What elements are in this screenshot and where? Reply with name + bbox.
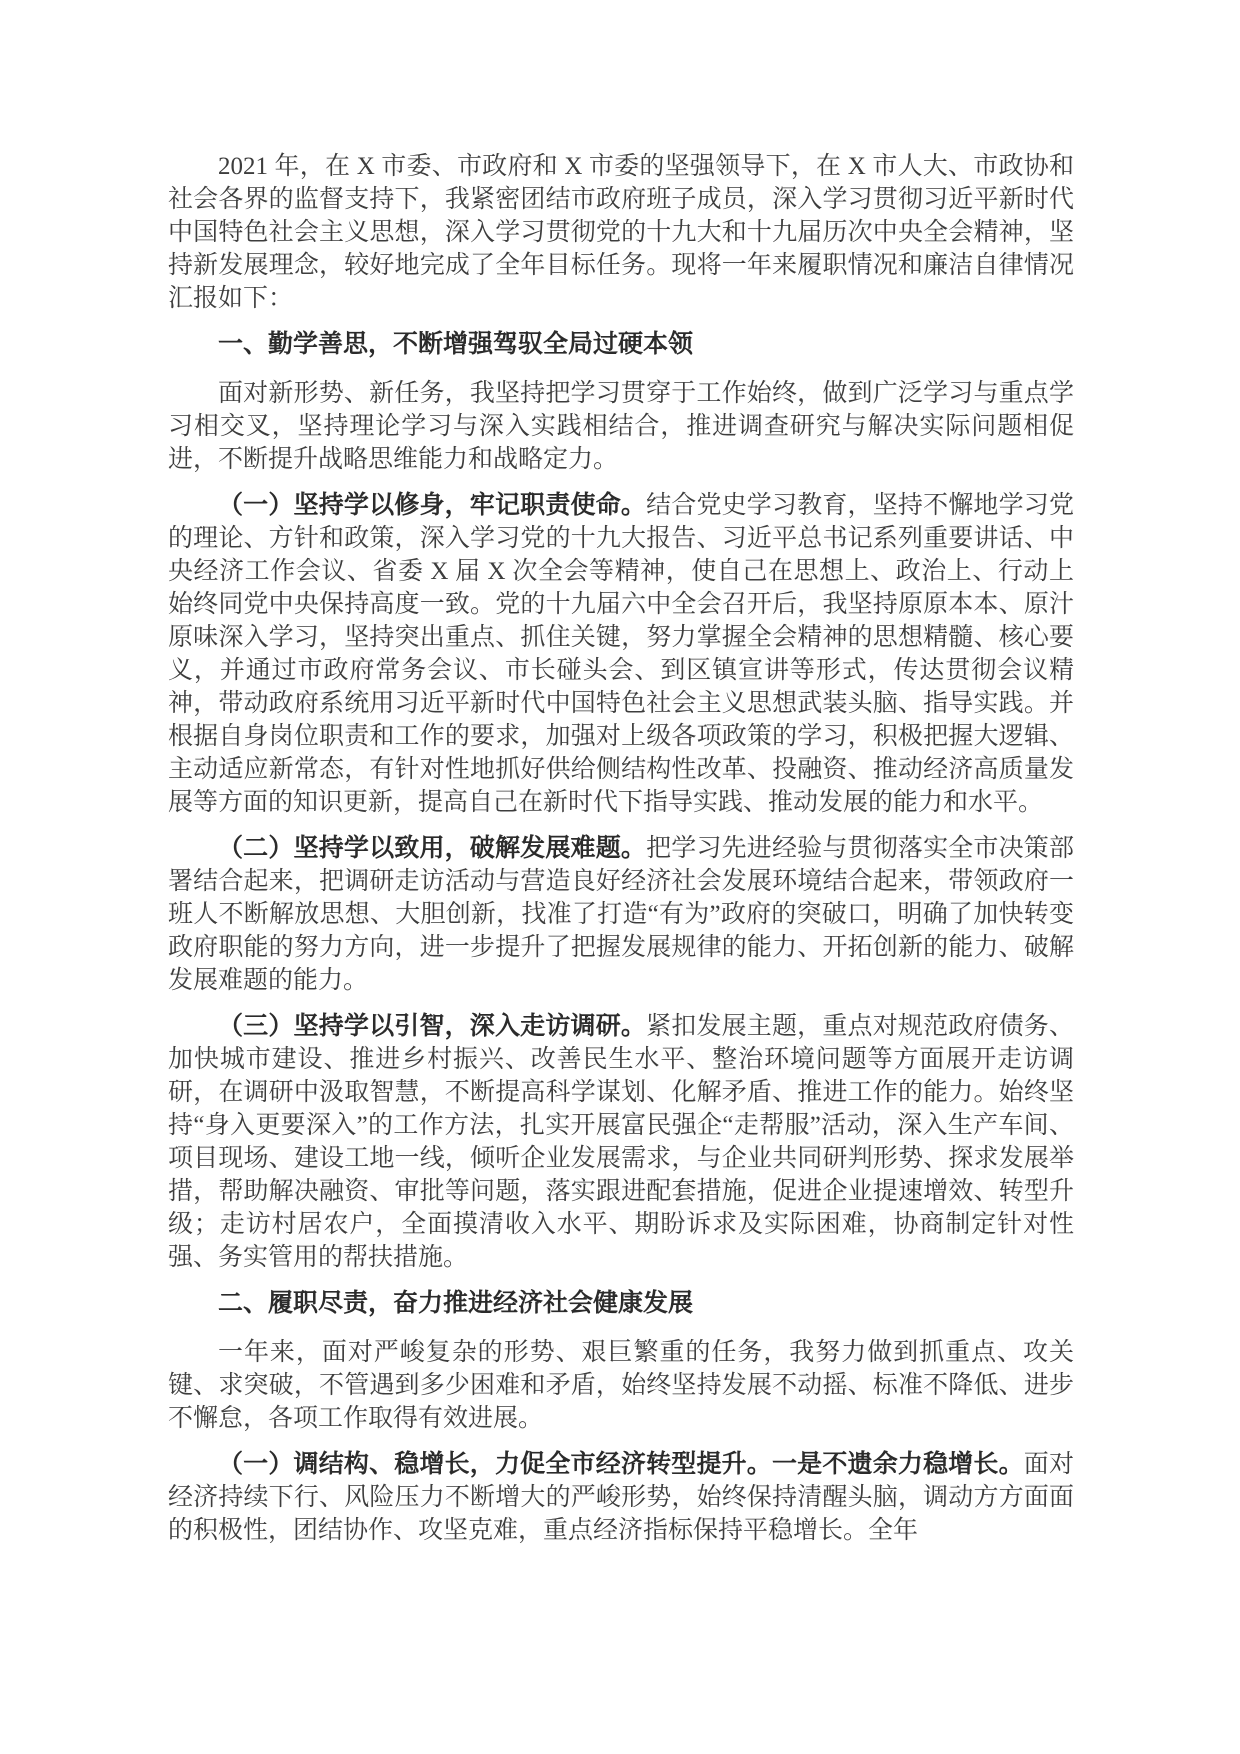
section-2-heading: 二、履职尽责，奋力推进经济社会健康发展 <box>168 1287 1074 1320</box>
document-page: 2021 年，在 X 市委、市政府和 X 市委的坚强领导下，在 X 市人大、市政… <box>0 0 1240 1754</box>
point-1-1-text: 结合党史学习教育，坚持不懈地学习党的理论、方针和政策，深入学习党的十九大报告、习… <box>168 492 1074 816</box>
point-2-1-paragraph: （一）调结构、稳增长，力促全市经济转型提升。一是不遗余力稳增长。面对经济持续下行… <box>168 1448 1074 1547</box>
section-1-intro-paragraph: 面对新形势、新任务，我坚持把学习贯穿于工作始终，做到广泛学习与重点学习相交叉，坚… <box>168 377 1074 476</box>
point-1-2-paragraph: （二）坚持学以致用，破解发展难题。把学习先进经验与贯彻落实全市决策部署结合起来，… <box>168 832 1074 997</box>
point-1-1-lead: （一）坚持学以修身，牢记职责使命。 <box>218 491 646 519</box>
document-content: 2021 年，在 X 市委、市政府和 X 市委的坚强领导下，在 X 市人大、市政… <box>168 150 1074 1560</box>
intro-paragraph: 2021 年，在 X 市委、市政府和 X 市委的坚强领导下，在 X 市人大、市政… <box>168 150 1074 315</box>
section-2-intro-paragraph: 一年来，面对严峻复杂的形势、艰巨繁重的任务，我努力做到抓重点、攻关键、求突破，不… <box>168 1336 1074 1435</box>
point-2-1-lead: （一）调结构、稳增长，力促全市经济转型提升。一是不遗余力稳增长。 <box>218 1450 1024 1478</box>
point-1-3-paragraph: （三）坚持学以引智，深入走访调研。紧扣发展主题，重点对规范政府债务、加快城市建设… <box>168 1010 1074 1274</box>
point-1-3-text: 紧扣发展主题，重点对规范政府债务、加快城市建设、推进乡村振兴、改善民生水平、整治… <box>168 1013 1074 1271</box>
section-1-heading: 一、勤学善思，不断增强驾驭全局过硬本领 <box>168 328 1074 361</box>
point-1-1-paragraph: （一）坚持学以修身，牢记职责使命。结合党史学习教育，坚持不懈地学习党的理论、方针… <box>168 489 1074 819</box>
point-1-3-lead: （三）坚持学以引智，深入走访调研。 <box>218 1012 646 1040</box>
point-1-2-lead: （二）坚持学以致用，破解发展难题。 <box>218 834 646 862</box>
